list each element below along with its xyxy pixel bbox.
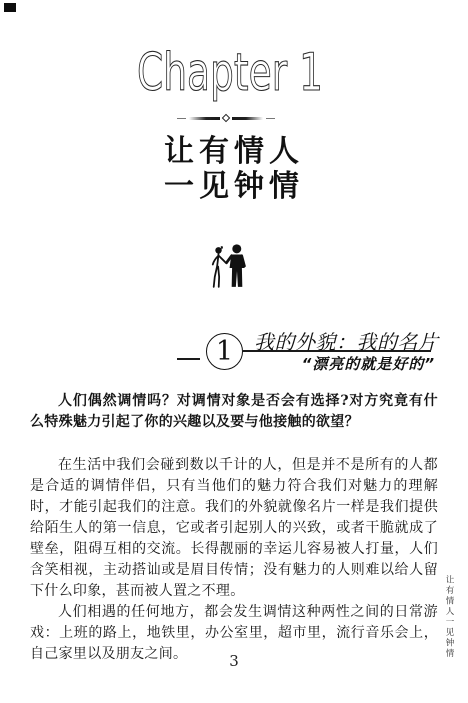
chapter-title-line2: 一见钟情: [0, 169, 468, 204]
divider-dash-left: [177, 118, 186, 119]
divider-diamond: [222, 114, 230, 122]
chapter-label-text: Chapter 1: [137, 43, 323, 103]
paragraph-2: 在生活中我们会碰到数以千计的人，但是并不是所有的人都是合适的调情伴侣，只有当他们…: [30, 455, 438, 602]
book-page: Chapter 1 让有情人 一见钟情 1 我的外貌：我的名片 “漂亮的就是好的…: [0, 0, 468, 703]
body-text: 人们偶然调情吗？对调情对象是否会有选择?对方究竟有什么特殊魅力引起了你的兴趣以及…: [30, 391, 438, 665]
section-rule-stub: [177, 358, 200, 360]
divider-dash-right: [266, 118, 275, 119]
section-number-badge: 1: [206, 333, 243, 370]
margin-running-title: 让有情人一见钟情: [443, 575, 455, 659]
page-number: 3: [0, 652, 468, 670]
corner-print-mark: [4, 3, 16, 12]
chapter-title-chinese: 让有情人 一见钟情: [0, 134, 468, 204]
section-number: 1: [216, 336, 233, 367]
section-subtitle: “漂亮的就是好的”: [302, 353, 435, 374]
chapter-title-line1: 让有情人: [0, 134, 468, 169]
divider-line-left: [189, 117, 220, 120]
divider-line-right: [232, 117, 263, 120]
paragraph-intro: 人们偶然调情吗？对调情对象是否会有选择?对方究竟有什么特殊魅力引起了你的兴趣以及…: [30, 391, 438, 433]
chapter-heading: Chapter 1: [120, 30, 340, 116]
man-and-woman-silhouette-icon: [207, 243, 253, 291]
section-title: 我的外貌：我的名片: [254, 326, 439, 355]
diamond-flourish-icon: [177, 113, 275, 123]
